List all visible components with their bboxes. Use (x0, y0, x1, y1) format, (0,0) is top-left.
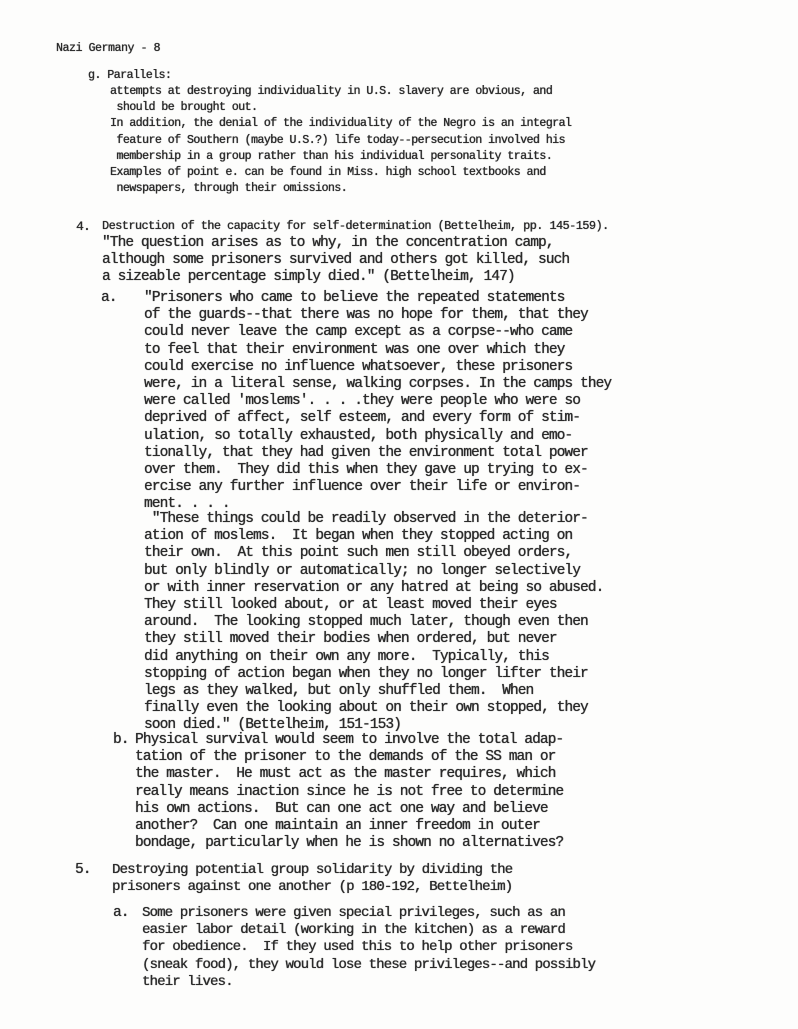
section-4a-label: a. (101, 290, 117, 307)
section-5a-label: a. (113, 905, 129, 922)
section-g-title: Parallels: (107, 69, 171, 82)
section-5-number: 5. (75, 862, 91, 879)
section-4-quote: "The question arises as to why, in the c… (102, 235, 569, 287)
section-4b-label: b. (113, 732, 129, 749)
section-g-letter: g. (88, 69, 101, 82)
section-4a-quote: "Prisoners who came to believe the repea… (144, 290, 611, 514)
section-4-number: 4. (76, 218, 90, 235)
section-5-heading: Destroying potential group solidarity by… (112, 862, 512, 896)
typed-document-page: Nazi Germany - 8 g. Parallels: attempts … (0, 0, 798, 1029)
section-5a-body: Some prisoners were given special privil… (142, 905, 595, 991)
page-header: Nazi Germany - 8 (56, 42, 160, 55)
section-g-body: attempts at destroying individuality in … (110, 84, 571, 197)
section-g-label: g. Parallels: (88, 68, 171, 84)
section-4b-body: Physical survival would seem to involve … (135, 732, 563, 852)
section-4-heading: Destruction of the capacity for self-det… (102, 219, 609, 233)
section-4a-quote-continued: "These things could be readily observed … (144, 511, 603, 735)
